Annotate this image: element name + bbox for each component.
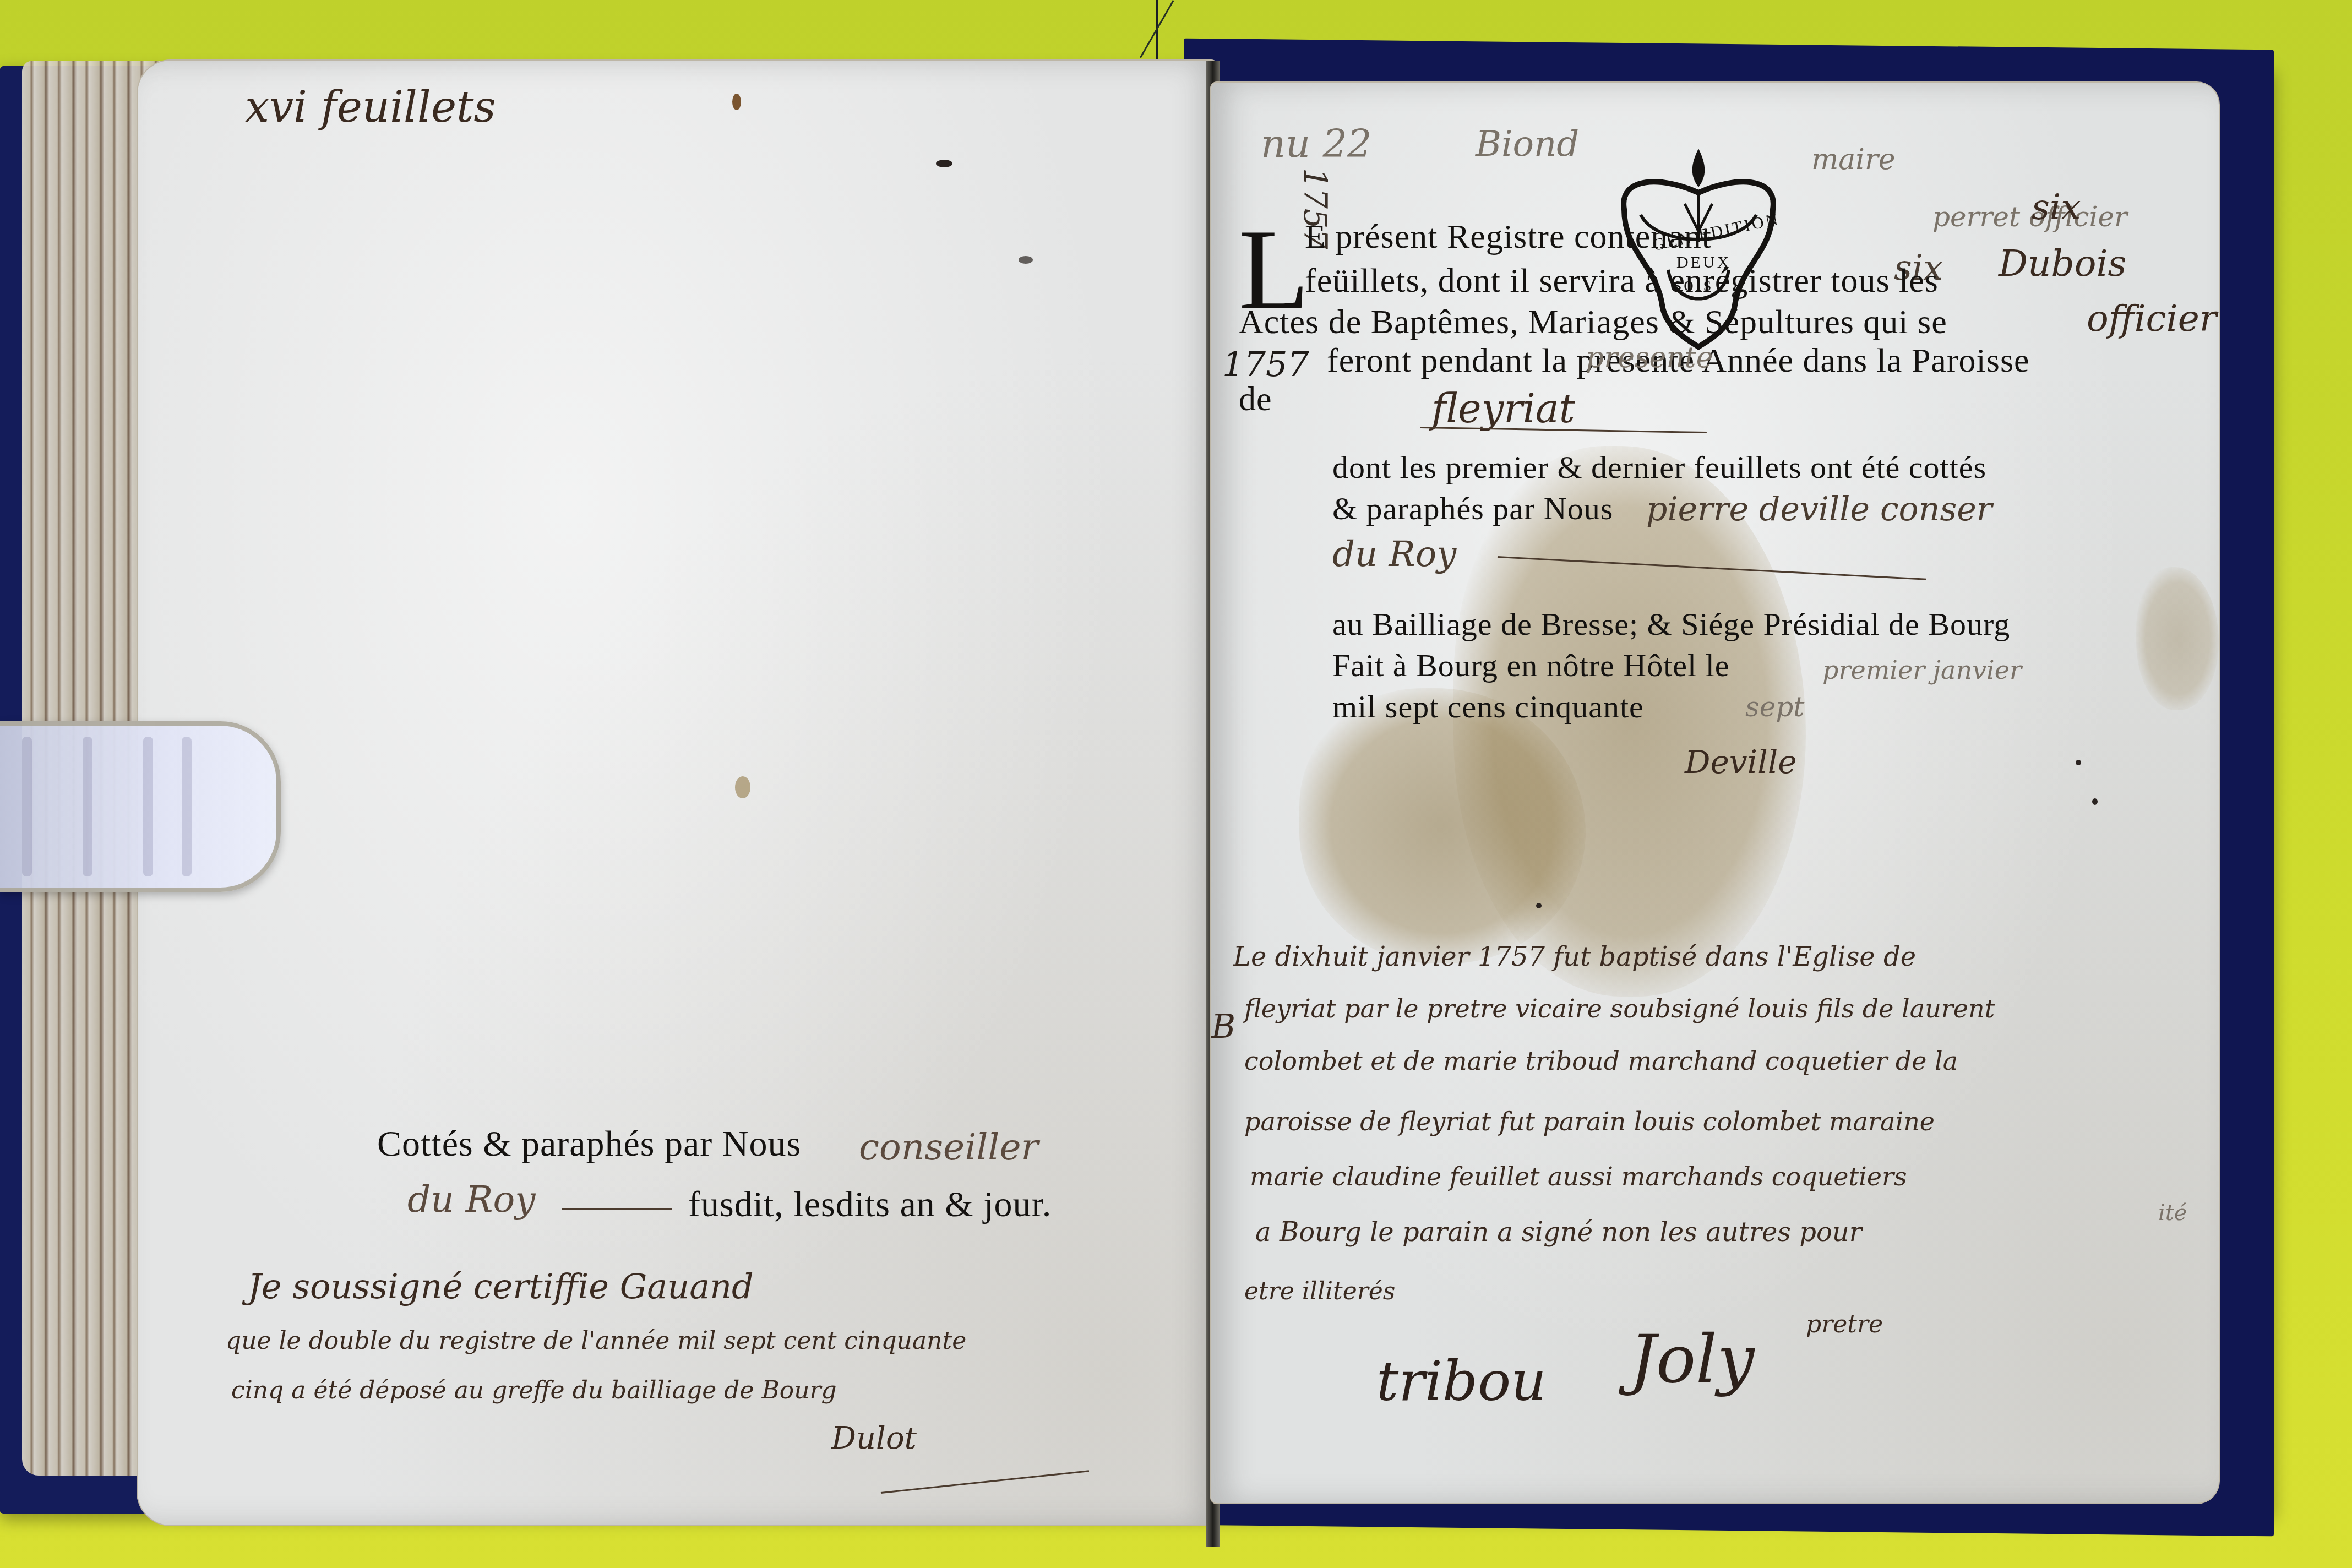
ink-speck bbox=[1019, 256, 1033, 264]
ink-speck bbox=[936, 160, 952, 167]
right-page: nu 22 Biond maire perret officier six si… bbox=[1211, 83, 2219, 1503]
signature-tribou: tribou bbox=[1376, 1349, 1547, 1413]
note-biond: Biond bbox=[1476, 124, 1579, 165]
body-line-3: au Bailliage de Bresse; & Siége Présidia… bbox=[1332, 606, 2010, 643]
note-six: six bbox=[2032, 187, 2081, 228]
handwritten-insert-du-roy: du Roy bbox=[407, 1178, 535, 1221]
clip-reflection bbox=[83, 737, 92, 876]
note-perret-officier: perret officier bbox=[1932, 201, 2127, 233]
certification-line-3: cinq a été déposé au greffe du bailliage… bbox=[231, 1376, 837, 1404]
clip-reflection bbox=[182, 737, 192, 876]
date-insert: premier janvier bbox=[1822, 655, 2022, 685]
header-line-3: Actes de Baptêmes, Mariages & Sépultures… bbox=[1239, 303, 1947, 342]
entry-line-3: colombet et de marie triboud marchand co… bbox=[1244, 1046, 1958, 1076]
year-word-insert: sept bbox=[1745, 691, 1804, 723]
note-maire: maire bbox=[1811, 143, 1896, 176]
note-nu-22: nu 22 bbox=[1261, 121, 1372, 166]
entry-line-6: a Bourg le parain a signé non les autres… bbox=[1255, 1217, 1862, 1248]
signature-joly: Joly bbox=[1630, 1321, 1755, 1398]
ink-dot bbox=[2092, 798, 2098, 805]
parish-insert: fleyriat bbox=[1431, 385, 1575, 432]
clip-reflection bbox=[143, 737, 153, 876]
header-note: xvi feuillets bbox=[245, 83, 496, 132]
certification-line-1: Je soussigné certiffie Gauand bbox=[248, 1266, 754, 1306]
entry-line-4: paroisse de fleyriat fut parain louis co… bbox=[1244, 1107, 1935, 1136]
body-line-4: Fait à Bourg en nôtre Hôtel le bbox=[1332, 647, 1730, 684]
header-line-1: E présent Registre contenant bbox=[1305, 217, 1712, 257]
entry-line-5: marie claudine feuillet aussi marchands … bbox=[1250, 1162, 1907, 1191]
rust-speck bbox=[735, 776, 750, 798]
margin-year: 1757 bbox=[1222, 344, 1309, 384]
underline-rule bbox=[562, 1208, 672, 1210]
signature-flourish bbox=[881, 1470, 1089, 1494]
note-dubois: Dubois bbox=[1999, 242, 2126, 285]
plastic-page-clip[interactable] bbox=[0, 721, 281, 892]
signature-dulot: Dulot bbox=[831, 1420, 917, 1456]
left-page: xvi feuillets Cottés & paraphés par Nous… bbox=[138, 61, 1217, 1525]
edge-stain bbox=[2136, 567, 2219, 710]
body-line-2: & paraphés par Nous bbox=[1332, 490, 1613, 527]
signature-pretre: pretre bbox=[1806, 1310, 1883, 1338]
entry-line-7: etre illiterés bbox=[1244, 1277, 1395, 1305]
rust-speck bbox=[732, 94, 741, 110]
body-line-1: dont les premier & dernier feuillets ont… bbox=[1332, 449, 1986, 486]
ink-dot bbox=[1536, 903, 1542, 908]
certification-line-2: que le double du registre de l'année mil… bbox=[226, 1327, 966, 1355]
clip-reflection bbox=[22, 737, 32, 876]
handwritten-insert-conseiller: conseiller bbox=[859, 1126, 1038, 1168]
note-officier: officier bbox=[2087, 297, 2217, 340]
body-line-5: mil sept cens cinquante bbox=[1332, 688, 1644, 725]
header-line-2: feüillets, dont il servira à enrégistrer… bbox=[1305, 262, 1939, 301]
presente-insert: presente bbox=[1586, 341, 1713, 374]
entry-margin-letter: B bbox=[1211, 1008, 1235, 1046]
ink-dot bbox=[2076, 760, 2081, 765]
edge-note: ité bbox=[2158, 1200, 2187, 1226]
officer-insert: pierre deville conser bbox=[1646, 490, 1992, 529]
printed-line-2: fusdit, lesdits an & jour. bbox=[688, 1184, 1052, 1226]
entry-line-1: Le dixhuit janvier 1757 fut baptisé dans… bbox=[1233, 941, 1916, 972]
signature-deville: Deville bbox=[1685, 743, 1797, 781]
du-roy-insert: du Roy bbox=[1332, 534, 1456, 575]
entry-line-2: fleyriat par le pretre vicaire soubsigné… bbox=[1244, 994, 1995, 1023]
header-line-5: de bbox=[1239, 380, 1272, 419]
printed-line-1: Cottés & paraphés par Nous bbox=[377, 1123, 801, 1165]
